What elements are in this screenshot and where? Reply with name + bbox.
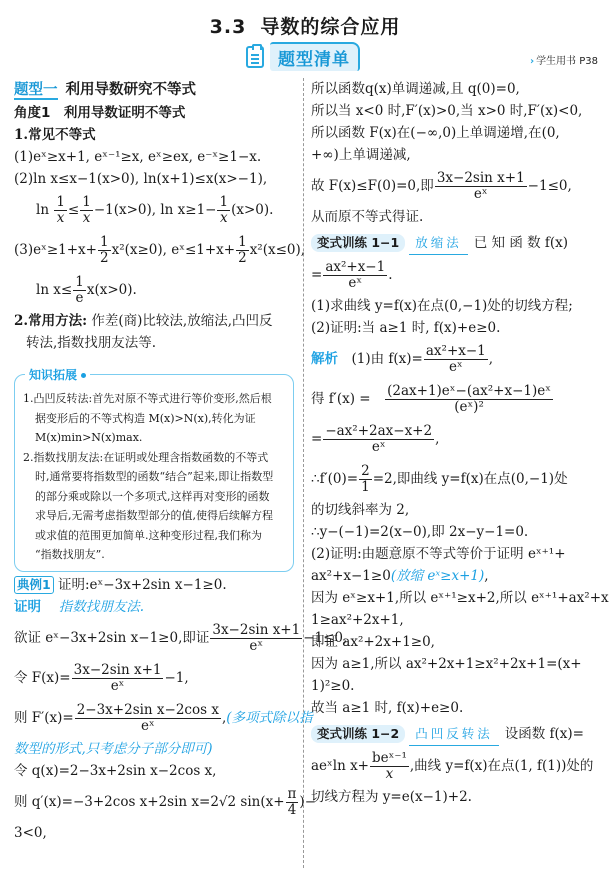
solution-step: 即证 ax²+2x+1≥0, [311, 631, 599, 653]
knowledge-line: 时,通常要将指数型的函数“结合”起来,即让指数型 [23, 467, 287, 487]
knowledge-line: 或求值的范围更加简单.这种变形过程,我们称为 [23, 526, 287, 546]
solution-step: 1)²≥0. [311, 675, 599, 697]
example-statement: 典例1 证明:eˣ−3x+2sin x−1≥0. [14, 574, 304, 596]
proof-step-4: 令 q(x)=2−3x+2sin x−2cos x, [14, 760, 304, 782]
variant-1-q2: (2)证明:当 a≥1 时, f(x)+e≥0. [311, 317, 599, 339]
solution-step: 因为 eˣ≥x+1,所以 eˣ⁺¹≥x+2,所以 eˣ⁺¹+ax²+x− [311, 587, 599, 609]
angle-heading: 角度1 利用导数证明不等式 [14, 102, 296, 124]
knowledge-line: 据变形后的不等式构造 M(x)>N(x),转化为证 [23, 409, 287, 429]
knowledge-line: “指数找朋友”. [23, 545, 287, 565]
solution-step: ax²+x−1≥0(放缩 eˣ≥x+1), [311, 565, 599, 587]
variant-1-q1: (1)求曲线 y=f(x)在点(0,−1)处的切线方程; [311, 295, 599, 317]
solution-step: 的切线斜率为 2, [311, 499, 599, 521]
variant-tag: 变式训练 1−1 [311, 234, 405, 252]
proof-label: 证明 指数找朋友法. [14, 596, 304, 618]
proof-step: 所以函数q(x)单调递减,且 q(0)=0, [311, 78, 599, 100]
proof-step: 故 F(x)≤F(0)=0,即3x−2sin x+1eˣ−1≤0, [311, 166, 599, 206]
proof-step: 所以当 x<0 时,F′(x)>0,当 x>0 时,F′(x)<0, [311, 100, 599, 122]
section-banner: 题型清单 [246, 44, 360, 69]
variant-2-header: 变式训练 1−2凸凹反转法设函数 f(x)= [311, 723, 599, 746]
knowledge-title: 知识拓展 [25, 366, 90, 386]
solution-step: ∴y−(−1)=2(x−0),即 2x−y−1=0. [311, 521, 599, 543]
inequality-1: (1)eˣ≥x+1, eˣ⁻¹≥x, eˣ≥ex, e⁻ˣ≥1−x. [14, 146, 296, 168]
solution-step: 1≥ax²+2x+1, [311, 609, 599, 631]
knowledge-line: 求导后,无需考虑指数型部分的值,使得后续解方程 [23, 506, 287, 526]
variant-method: 放缩法 [409, 232, 468, 255]
proof-step-6: 3<0, [14, 822, 304, 844]
section-number: 3.3 [210, 16, 247, 38]
common-methods: 2.常用方法: 作差(商)比较法,放缩法,凸凹反 [14, 310, 296, 332]
inequality-3: (3)eˣ≥1+x+12x²(x≥0), eˣ≤1+x+12x²(x≤0), [14, 230, 296, 270]
proof-step-3: 则 F′(x)=2−3x+2sin x−2cos xeˣ,(多项式除以指 [14, 698, 304, 738]
knowledge-line: M(x)min>N(x)max. [23, 428, 287, 448]
student-book-ref: ›学生用书 P38 [530, 52, 598, 67]
example-1: 典例1 证明:eˣ−3x+2sin x−1≥0. 证明 指数找朋友法. 欲证 e… [14, 574, 304, 844]
proof-step-1: 欲证 eˣ−3x+2sin x−1≥0,即证3x−2sin x+1eˣ−1≤0, [14, 618, 304, 658]
proof-step: 所以函数 F(x)在(−∞,0)上单调递增,在(0, [311, 122, 599, 144]
variant-1-def: =ax²+x−1eˣ. [311, 255, 599, 295]
proof-step-2: 令 F(x)=3x−2sin x+1eˣ−1, [14, 658, 304, 698]
solution-step: 解析 (1)由 f(x)=ax²+x−1eˣ, [311, 339, 599, 379]
left-column: 题型一利用导数研究不等式 角度1 利用导数证明不等式 1.常见不等式 (1)eˣ… [14, 78, 296, 354]
proof-note: 数型的形式,只考虑分子部分即可) [14, 738, 304, 760]
inequality-2b: ln 1x≤1x−1(x>0), ln x≥1−1x(x>0). [14, 190, 296, 230]
proof-conclusion: 从而原不等式得证. [311, 206, 599, 228]
banner-label: 题型清单 [270, 42, 360, 71]
knowledge-line: 1.凸凹反转法:首先对原不等式进行等价变形,然后根 [23, 389, 287, 409]
solution-step: 故当 a≥1 时, f(x)+e≥0. [311, 697, 599, 719]
common-inequalities-heading: 1.常见不等式 [14, 124, 296, 146]
page-title: 3.3导数的综合应用 [0, 12, 610, 39]
topic-tag: 题型一 [14, 82, 58, 100]
solution-step: ∴f′(0)=21=2,即曲线 y=f(x)在点(0,−1)处 [311, 459, 599, 499]
solution-step: (2)证明:由题意原不等式等价于证明 eˣ⁺¹+ [311, 543, 599, 565]
knowledge-line: 的部分乘或除以一个多项式,这样再对变形的函数 [23, 487, 287, 507]
proof-step-5: 则 q′(x)=−3+2cos x+2sin x=2√2 sin(x+π4)− [14, 782, 304, 822]
solution-step: 因为 a≥1,所以 ax²+2x+1≥x²+2x+1=(x+ [311, 653, 599, 675]
clipboard-icon [246, 46, 264, 68]
inequality-3b: ln x≤1ex(x>0). [14, 270, 296, 310]
variant-2-def: aeˣln x+beˣ⁻¹x,曲线 y=f(x)在点(1, f(1))处的 [311, 746, 599, 786]
knowledge-box: 知识拓展 1.凸凹反转法:首先对原不等式进行等价变形,然后根 据变形后的不等式构… [14, 374, 294, 572]
proof-step: +∞)上单调递减, [311, 144, 599, 166]
section-title: 导数的综合应用 [260, 16, 400, 38]
variant-1-header: 变式训练 1−1放缩法已 知 函 数 f(x) [311, 232, 599, 255]
variant-tag: 变式训练 1−2 [311, 725, 405, 743]
variant-2-def-cont: 切线方程为 y=e(x−1)+2. [311, 786, 599, 808]
knowledge-line: 2.指数找朋友法:在证明或处理含指数函数的不等式 [23, 448, 287, 468]
solution-step: 得 f′(x) = (2ax+1)eˣ−(ax²+x−1)eˣ(eˣ)² [311, 379, 599, 419]
example-tag: 典例1 [14, 576, 54, 594]
variant-method: 凸凹反转法 [409, 723, 499, 746]
solution-step: =−ax²+2ax−x+2eˣ, [311, 419, 599, 459]
topic-heading: 题型一利用导数研究不等式 [14, 78, 296, 102]
chevron-right-icon: › [530, 56, 534, 67]
right-column: 所以函数q(x)单调递减,且 q(0)=0, 所以当 x<0 时,F′(x)>0… [311, 78, 599, 808]
inequality-2: (2)ln x≤x−1(x>0), ln(x+1)≤x(x>−1), [14, 168, 296, 190]
common-methods-cont: 转法,指数找朋友法等. [14, 332, 296, 354]
